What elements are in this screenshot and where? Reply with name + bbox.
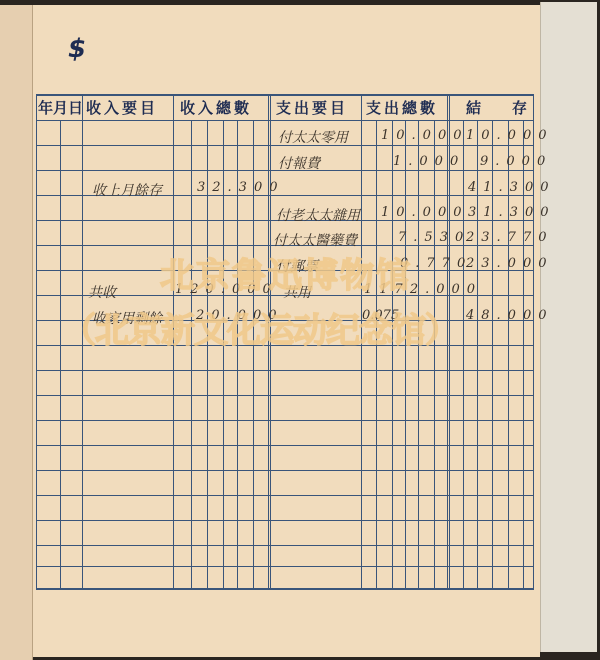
watermark-line-1: 北京鲁迅博物馆 [160, 248, 412, 297]
balance: 48.000 [466, 308, 554, 323]
header-expense-item: 支出要目 [276, 97, 348, 121]
expense-item: 付太太零用 [278, 127, 348, 147]
balance: 23.770 [466, 230, 554, 245]
left-page-edge [0, 5, 33, 660]
balance: 10.000 [466, 128, 554, 143]
expense-total: 10.000 [381, 205, 469, 220]
expense-item: 付報費 [278, 153, 320, 173]
balance: 9.000 [480, 154, 552, 169]
watermark-line-2: （北京新文化运动纪念馆） [62, 303, 458, 352]
header-date: 年月日 [38, 97, 83, 121]
right-page-edge [540, 2, 597, 652]
balance: 23.000 [466, 256, 554, 271]
header-income-total: 收入總數 [180, 97, 252, 121]
header-balance-1: 結 [466, 97, 484, 121]
dollar-symbol: $ [68, 34, 86, 64]
balance: 41.300 [468, 180, 556, 195]
balance: 31.300 [468, 205, 556, 220]
income-item: 收上月餘存 [92, 180, 162, 200]
income-total: 32.300 [197, 180, 285, 195]
expense-total: 1.000 [393, 154, 465, 169]
expense-total: 10.000 [381, 128, 469, 143]
expense-total: 7.530 [398, 230, 470, 245]
header-income-item: 收入要目 [86, 97, 158, 121]
expense-item: 付太太醫藥費 [273, 230, 357, 250]
income-item: 共收 [88, 282, 116, 302]
header-balance-2: 存 [512, 97, 530, 121]
header-expense-total: 支出總數 [366, 97, 438, 121]
expense-item: 付老太太雜用 [276, 205, 360, 225]
